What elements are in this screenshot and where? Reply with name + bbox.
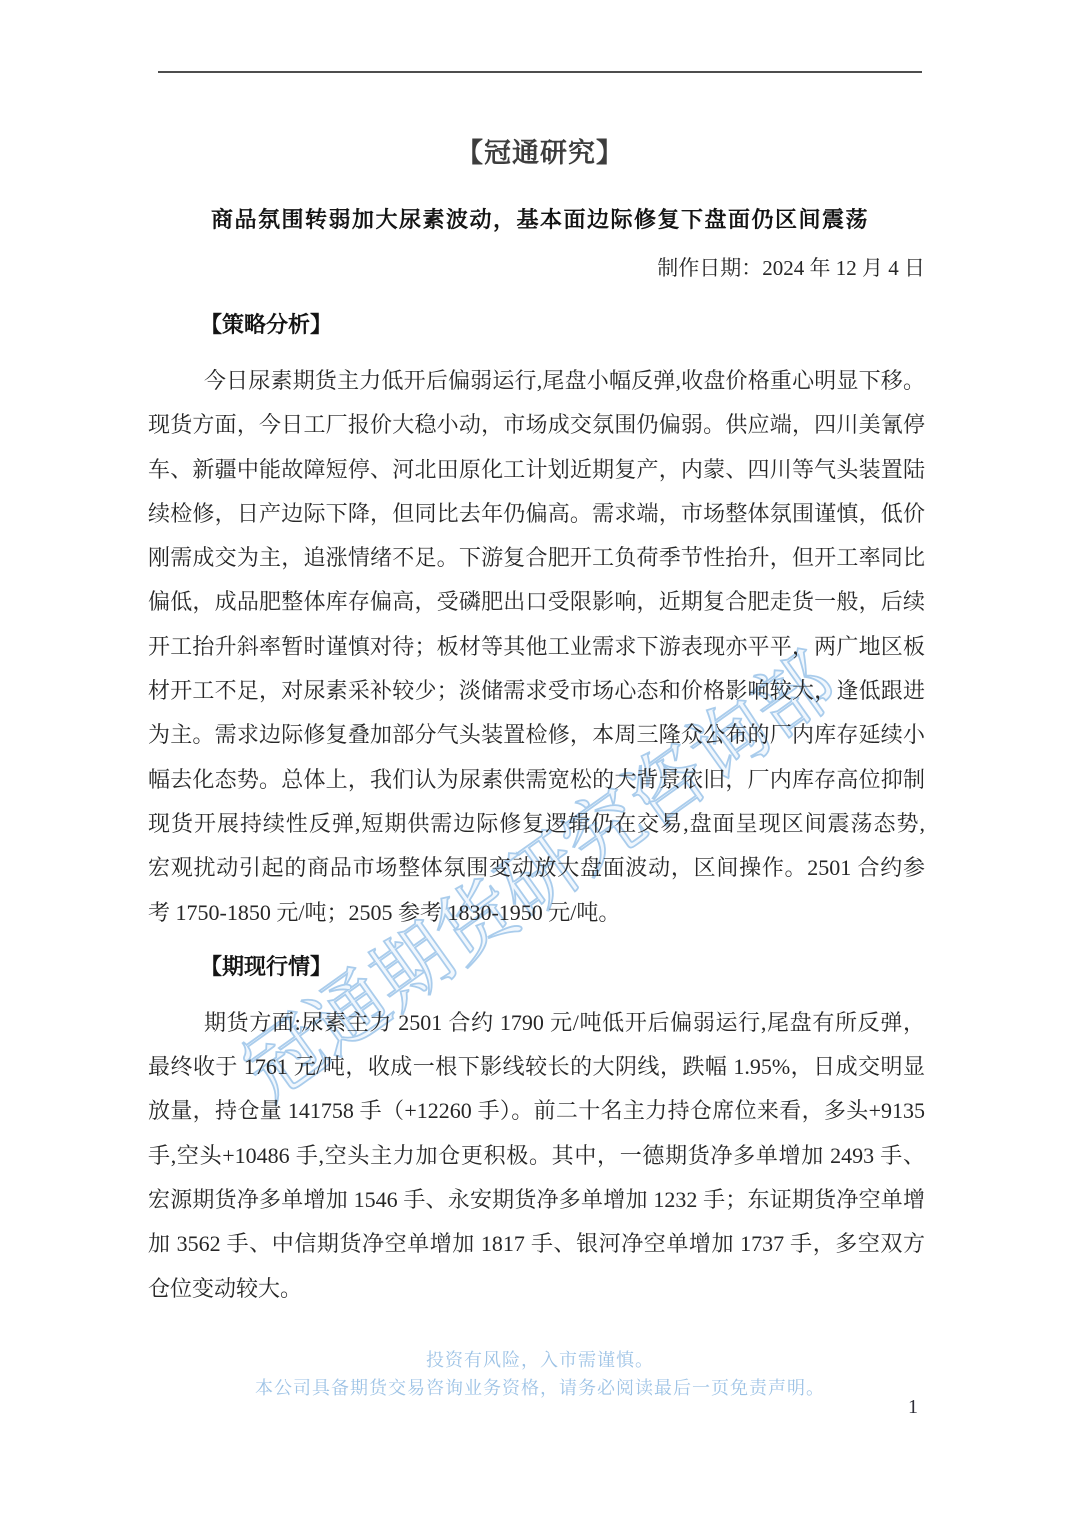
paragraph-line: 宏源期货净多单增加 1546 手、永安期货净多单增加 1232 手；东证期货净空… (148, 1178, 925, 1222)
paragraph-line: 车、新疆中能故障短停、河北田原化工计划近期复产，内蒙、四川等气头装置陆 (148, 448, 925, 492)
header-rule (158, 71, 922, 73)
paragraph-line: 考 1750-1850 元/吨；2505 参考 1830-1950 元/吨。 (148, 891, 925, 935)
footer-risk-warning: 投资有风险，入市需谨慎。 (0, 1346, 1080, 1374)
page-number: 1 (908, 1396, 918, 1419)
doc-title: 【冠通研究】 (0, 131, 1080, 170)
report-date: 制作日期：2024 年 12 月 4 日 (657, 252, 925, 282)
paragraph-line: 续检修，日产边际下降，但同比去年仍偏高。需求端，市场整体氛围谨慎，低价 (148, 492, 925, 536)
paragraph-line: 幅去化态势。总体上，我们认为尿素供需宽松的大背景依旧，厂内库存高位抑制 (148, 758, 925, 802)
paragraph-line: 仓位变动较大。 (148, 1267, 925, 1311)
paragraph-line: 最终收于 1761 元/吨，收成一根下影线较长的大阴线，跌幅 1.95%，日成交… (148, 1045, 925, 1089)
paragraph-line: 刚需成交为主，追涨情绪不足。下游复合肥开工负荷季节性抬升，但开工率同比 (148, 536, 925, 580)
paragraph-line: 手,空头+10486 手,空头主力加仓更积极。其中，一德期货净多单增加 2493… (148, 1134, 925, 1178)
report-title: 商品氛围转弱加大尿素波动，基本面边际修复下盘面仍区间震荡 (0, 203, 1080, 234)
paragraph-line: 今日尿素期货主力低开后偏弱运行,尾盘小幅反弹,收盘价格重心明显下移。 (148, 359, 925, 403)
document-page: 冠通期货研究咨询部 【冠通研究】 商品氛围转弱加大尿素波动，基本面边际修复下盘面… (0, 0, 1080, 1526)
page-footer: 投资有风险，入市需谨慎。 本公司具备期货交易咨询业务资格，请务必阅读最后一页免责… (0, 1346, 1080, 1402)
section-heading: 【期现行情】 (200, 945, 925, 989)
paragraph-line: 宏观扰动引起的商品市场整体氛围变动放大盘面波动，区间操作。2501 合约参 (148, 846, 925, 890)
paragraph-line: 现货方面，今日工厂报价大稳小动，市场成交氛围仍偏弱。供应端，四川美氰停 (148, 403, 925, 447)
section-heading: 【策略分析】 (200, 303, 925, 347)
paragraph-line: 材开工不足，对尿素采补较少；淡储需求受市场心态和价格影响较大，逢低跟进 (148, 669, 925, 713)
paragraph-line: 开工抬升斜率暂时谨慎对待；板材等其他工业需求下游表现亦平平，两广地区板 (148, 625, 925, 669)
paragraph-line: 期货方面:尿素主力 2501 合约 1790 元/吨低开后偏弱运行,尾盘有所反弹… (148, 1001, 925, 1045)
paragraph-line: 偏低，成品肥整体库存偏高，受磷肥出口受限影响，近期复合肥走货一般，后续 (148, 580, 925, 624)
paragraph: 期货方面:尿素主力 2501 合约 1790 元/吨低开后偏弱运行,尾盘有所反弹… (148, 1001, 925, 1311)
paragraph-line: 放量，持仓量 141758 手（+12260 手）。前二十名主力持仓席位来看，多… (148, 1089, 925, 1133)
paragraph: 今日尿素期货主力低开后偏弱运行,尾盘小幅反弹,收盘价格重心明显下移。现货方面，今… (148, 359, 925, 935)
paragraph-line: 加 3562 手、中信期货净空单增加 1817 手、银河净空单增加 1737 手… (148, 1222, 925, 1266)
paragraph-line: 为主。需求边际修复叠加部分气头装置检修，本周三隆众公布的厂内库存延续小 (148, 713, 925, 757)
paragraph-line: 现货开展持续性反弹,短期供需边际修复逻辑仍在交易,盘面呈现区间震荡态势, (148, 802, 925, 846)
footer-disclaimer: 本公司具备期货交易咨询业务资格，请务必阅读最后一页免责声明。 (0, 1374, 1080, 1402)
report-body: 【策略分析】今日尿素期货主力低开后偏弱运行,尾盘小幅反弹,收盘价格重心明显下移。… (148, 303, 925, 1311)
